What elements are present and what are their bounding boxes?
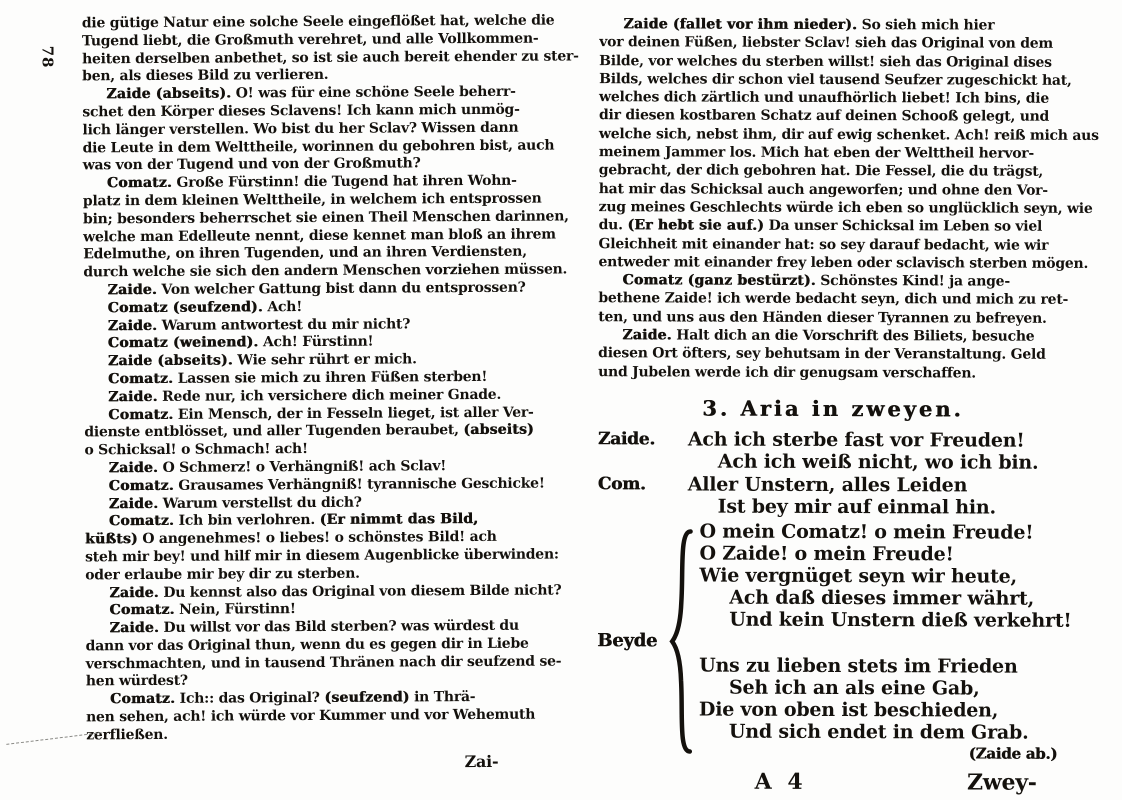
beyde-verses: O mein Comatz! o mein Freude!O Zaide! o … (695, 520, 1072, 763)
text-line: Gleichheit mit einander hat: so sey dara… (599, 235, 1069, 255)
text-segment: welche man Edelleute nennt, diese kennet… (83, 226, 556, 245)
curly-brace-icon (669, 520, 696, 762)
speaker-or-stage-direction: Zaide. (108, 460, 157, 476)
text-line: meinem Jammer los. Mich hat eben der Wel… (599, 143, 1069, 163)
text-segment: verschmachten, und in tausend Thränen na… (86, 653, 562, 672)
beyde-label: Beyde (597, 520, 670, 762)
verse-line: Ach ich weiß nicht, wo ich bin. (688, 451, 1039, 475)
text-segment: ben, als dieses Bild zu verlieren. (82, 67, 328, 85)
text-line: Comatz (ganz bestürzt). Schönstes Kind! … (598, 271, 1068, 291)
verse-line: Die von oben ist beschieden, (699, 698, 1071, 721)
text-line: und Jubelen werde ich dir genugsam versc… (598, 363, 1068, 383)
text-segment: Gleichheit mit einander hat: so sey dara… (599, 236, 1049, 254)
verse-line: Seh ich an als eine Gab, (699, 676, 1071, 699)
text-line: du. (Er hebt sie auf.) Da unser Schicksa… (599, 216, 1069, 236)
text-line: diesen Ort öfters, sey behutsam in der V… (598, 345, 1068, 365)
text-segment: Halt dich an die Vorschrift des Biliets,… (672, 327, 1035, 344)
text-segment: was von der Tugend und von der Großmuth? (83, 156, 421, 174)
speaker-or-stage-direction: (seufzend) (324, 690, 409, 707)
text-segment: welches dich zärtlich und unaufhörlich l… (599, 89, 1049, 107)
text-segment: dann vor das Original thun, wenn du es g… (86, 636, 529, 655)
text-segment: Da unser Schicksal im Leben so viel (764, 218, 1042, 235)
text-segment: heiten derselben anbethet, so ist sie au… (82, 48, 579, 67)
speaker-or-stage-direction: Comatz (weinend). (108, 335, 259, 352)
text-segment: Ich bin verlohren. (174, 512, 320, 529)
text-segment: die gütige Natur eine solche Seele einge… (82, 13, 555, 32)
text-segment: du. (599, 217, 628, 233)
right-page: Zaide (fallet vor ihm nieder). So sieh m… (597, 15, 1070, 796)
text-line: steh mir bey! und hilf mir in diesem Aug… (85, 547, 541, 568)
text-segment: schet den Körper dieses Sclavens! Ich ka… (82, 102, 519, 121)
aria-entry: Com.Aller Unstern, alles LeidenIst bey m… (598, 473, 1068, 520)
text-segment: nen sehen, ach! ich würde vor Kummer und… (86, 707, 535, 726)
beyde-block: Beyde O mein Comatz! o mein Freude!O Zai… (597, 520, 1068, 764)
speaker-or-stage-direction: Zaide (abseits). (108, 353, 233, 370)
speaker-or-stage-direction: Comatz (ganz bestürzt). (622, 272, 815, 289)
text-line: Zaide. Von welcher Gattung bist dann du … (83, 280, 539, 301)
text-segment: diesen Ort öfters, sey behutsam in der V… (598, 346, 1046, 364)
speaker-or-stage-direction: Zaide. (109, 495, 158, 511)
text-segment: Von welcher Gattung bist dann du entspro… (157, 280, 526, 298)
text-segment: hat mir das Schicksal auch angeworfen; u… (599, 181, 1048, 199)
text-line: vor deinen Füßen, liebster Sclav! sieh d… (599, 33, 1069, 53)
text-segment: Bilds, welches dir schon viel tausend Se… (599, 71, 1072, 89)
speaker-or-stage-direction: Comatz. (109, 513, 174, 529)
text-line: heiten derselben anbethet, so ist sie au… (82, 48, 538, 69)
text-line: die Leute in dem Welttheile, worinnen du… (83, 137, 539, 158)
speaker-or-stage-direction: küßts) (85, 531, 138, 547)
text-segment: Wie sehr rührt er mich. (233, 352, 417, 369)
verse-line: Und sich endet in dem Grab. (699, 720, 1071, 743)
speaker-or-stage-direction: Zaide. (108, 317, 157, 333)
text-segment: Ich:: das Original? (175, 690, 324, 707)
speaker-or-stage-direction: Comatz. (110, 691, 175, 707)
text-line: nen sehen, ach! ich würde vor Kummer und… (86, 707, 542, 728)
verse-line: Wie vergnüget seyn wir heute, (699, 564, 1071, 587)
verse-line: O Zaide! o mein Freude! (699, 542, 1071, 565)
verse-line: Ach daß dieses immer währt, (699, 586, 1071, 609)
text-line: Zaide (fallet vor ihm nieder). So sieh m… (599, 15, 1069, 35)
text-segment: bethene Zaide! ich werde bedacht seyn, d… (598, 291, 1068, 309)
text-segment: steh mir bey! und hilf mir in diesem Aug… (85, 546, 559, 565)
text-segment: zerfließen. (86, 727, 168, 743)
speaker-or-stage-direction: Zaide. (108, 389, 157, 405)
text-segment: in Thrä- (409, 689, 475, 705)
speaker-or-stage-direction: Zaide. (107, 282, 156, 298)
text-line: dienste entblösset, und aller Tugenden b… (84, 422, 540, 443)
speaker-or-stage-direction: Zaide. (109, 620, 158, 636)
text-segment: gebracht, der dich gebohren hat. Die Fes… (599, 163, 1043, 181)
text-segment: entweder mit einander frey leben oder sc… (598, 254, 1088, 272)
verse-line: Aller Unstern, alles Leiden (688, 473, 996, 497)
text-line: dir diesen kostbaren Schatz auf deinen S… (599, 107, 1069, 127)
text-segment: Warum antwortest du mir nicht? (157, 316, 410, 334)
aria-entries: Zaide.Ach ich sterbe fast vor Freuden!Ac… (598, 428, 1068, 520)
text-line: Bilde, vor welches du sterben willst! si… (599, 52, 1069, 72)
text-line: entweder mit einander frey leben oder sc… (598, 253, 1068, 273)
text-segment: Bilde, vor welches du sterben willst! si… (599, 53, 1052, 71)
text-segment: Nein, Fürstinn! (174, 601, 295, 618)
speaker-or-stage-direction: Comatz. (108, 406, 173, 422)
stage-exit-direction: (Zaide ab.) (699, 742, 1071, 763)
text-segment: Grausames Verhängniß! tyrannische Geschi… (174, 475, 545, 493)
speaker-or-stage-direction: Zaide (fallet vor ihm nieder). (623, 16, 857, 33)
left-page: die gütige Natur eine solche Seele einge… (82, 13, 542, 745)
speaker-or-stage-direction: Comatz. (109, 478, 174, 494)
text-line: bethene Zaide! ich werde bedacht seyn, d… (598, 290, 1068, 310)
aria-entry: Zaide.Ach ich sterbe fast vor Freuden!Ac… (598, 428, 1068, 475)
text-segment: meinem Jammer los. Mich hat eben der Wel… (599, 144, 1034, 162)
text-segment: und Jubelen werde ich dir genugsam versc… (598, 364, 976, 381)
text-segment: dienste entblösset, und aller Tugenden b… (84, 422, 463, 440)
text-segment: O Schmerz! o Verhängniß! ach Sclav! (158, 458, 446, 476)
text-segment: Tugend liebt, die Großmuth verehret, und… (82, 30, 539, 49)
text-segment: ten, und uns aus den Händen dieser Tyran… (598, 309, 1046, 327)
text-segment: Ach! (263, 299, 302, 315)
text-segment: Du willst vor das Bild sterben? was würd… (159, 618, 519, 636)
text-segment: die Leute in dem Welttheile, worinnen du… (83, 137, 555, 156)
text-line: Zaide. Halt dich an die Vorschrift des B… (598, 326, 1068, 346)
verse-lines: Ach ich sterbe fast vor Freuden!Ach ich … (688, 428, 1039, 474)
speaker-or-stage-direction: (Er nimmt das Bild, (320, 511, 479, 528)
text-segment: So sieh mich hier (857, 17, 994, 33)
speaker-or-stage-direction: Zaide. (109, 584, 158, 600)
text-segment: O angenehmes! o liebes! o schönstes Bild… (138, 529, 497, 547)
text-segment: O! was für eine schöne Seele beherr- (231, 84, 516, 102)
verse-line: Ist bey mir auf einmal hin. (688, 496, 996, 520)
aria-heading: 3. Aria in zweyen. (598, 395, 1068, 422)
text-line: hat mir das Schicksal auch angeworfen; u… (599, 180, 1069, 200)
text-segment: Große Fürstinn! die Tugend hat ihren Woh… (172, 173, 517, 191)
text-segment: welche sich, nebst ihm, dir auf ewig sch… (599, 126, 1099, 144)
text-segment: vor deinen Füßen, liebster Sclav! sieh d… (599, 34, 1053, 52)
text-segment: zug meines Geschlechts würde ich eben so… (599, 199, 1093, 217)
speaker-label: Zaide. (598, 428, 688, 473)
text-segment: o Schicksal! o Schmach! ach! (84, 441, 308, 458)
text-segment: Schönstes Kind! ja ange- (816, 273, 1010, 290)
text-segment: Lassen sie mich zu ihren Füßen sterben! (173, 369, 487, 387)
verse-lines: Aller Unstern, alles LeidenIst bey mir a… (688, 473, 996, 519)
text-line: Comatz. Grausames Verhängniß! tyrannisch… (85, 475, 541, 496)
text-line: ten, und uns aus den Händen dieser Tyran… (598, 308, 1068, 328)
left-catchword: Zai- (465, 752, 499, 771)
text-line: Bilds, welches dir schon viel tausend Se… (599, 70, 1069, 90)
text-segment: Edelmuthe, on ihren Tugenden, und an ihr… (83, 244, 527, 263)
text-segment: durch welche sie sich den andern Mensche… (83, 262, 567, 281)
book-spread: 78 die gütige Natur eine solche Seele ei… (0, 0, 1122, 800)
speaker-or-stage-direction: Comatz. (108, 371, 173, 387)
text-segment: Ein Mensch, der in Fesseln lieget, ist a… (173, 404, 533, 422)
right-catchword: Zwey- (967, 769, 1037, 795)
right-page-footer: A 4 Zwey- (755, 769, 1037, 796)
speaker-or-stage-direction: (abseits) (463, 422, 533, 438)
speaker-or-stage-direction: Zaide (abseits). (106, 86, 231, 103)
text-segment: Warum verstellst du dich? (158, 494, 362, 511)
speaker-or-stage-direction: Zaide. (622, 327, 671, 343)
text-segment: bin; besonders beherrschet sie einen The… (83, 208, 569, 227)
text-line: zug meines Geschlechts würde ich eben so… (599, 198, 1069, 218)
page-number: 78 (38, 46, 56, 69)
text-segment: Du kennst also das Original von diesem B… (159, 582, 562, 600)
signature-mark: A 4 (755, 769, 807, 795)
text-line: Zaide. Du kennst also das Original von d… (85, 582, 541, 603)
verse-line: O mein Comatz! o mein Freude! (700, 520, 1072, 543)
speaker-or-stage-direction: Comatz. (107, 175, 172, 191)
text-segment: Rede nur, ich versichere dich meiner Gna… (157, 387, 501, 405)
text-line: zerfließen. (86, 724, 542, 745)
verse-line: Uns zu lieben stets im Frieden (699, 654, 1071, 677)
verse-line: Und kein Unstern dieß verkehrt! (699, 608, 1071, 631)
speaker-or-stage-direction: Comatz (seufzend). (108, 299, 263, 316)
text-line: gebracht, der dich gebohren hat. Die Fes… (599, 162, 1069, 182)
speaker-label: Com. (598, 473, 688, 518)
stanza-gap (699, 630, 1071, 655)
speaker-or-stage-direction: Comatz. (109, 602, 174, 618)
right-page-text: Zaide (fallet vor ihm nieder). So sieh m… (598, 15, 1069, 383)
text-segment: oder erlaube mir bey dir zu sterben. (85, 565, 360, 583)
text-segment: lich länger verstellen. Wo bist du her S… (82, 120, 518, 139)
left-page-text: die gütige Natur eine solche Seele einge… (82, 13, 542, 745)
text-line: welches dich zärtlich und unaufhörlich l… (599, 88, 1069, 108)
text-segment: hen würdest? (86, 673, 188, 690)
text-segment: Ach! Fürstinn! (258, 334, 373, 351)
text-line: verschmachten, und in tausend Thränen na… (86, 653, 542, 674)
speaker-or-stage-direction: (Er hebt sie auf.) (627, 218, 764, 234)
text-segment: platz in dem kleinen Welttheile, in welc… (83, 191, 542, 210)
verse-line: Ach ich sterbe fast vor Freuden! (688, 428, 1039, 452)
text-segment: dir diesen kostbaren Schatz auf deinen S… (599, 108, 1049, 126)
text-line: welche sich, nebst ihm, dir auf ewig sch… (599, 125, 1069, 145)
